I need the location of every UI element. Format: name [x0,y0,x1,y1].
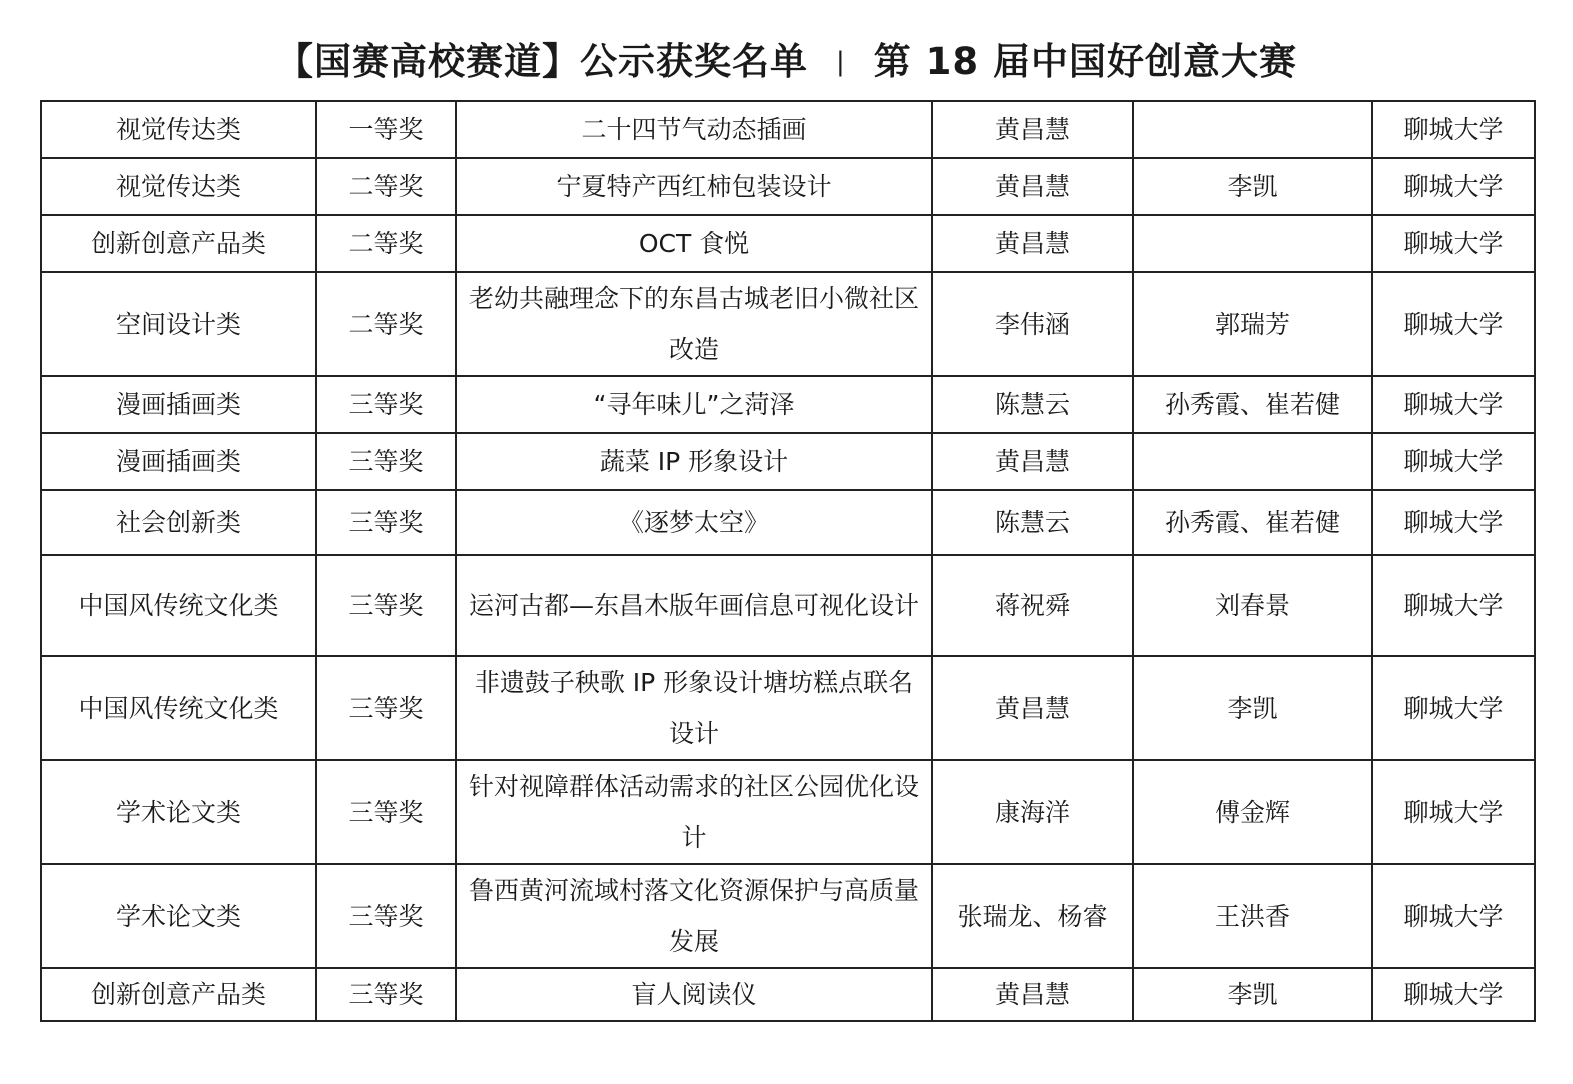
work-cell: OCT 食悦 [456,215,932,272]
award-cell: 三等奖 [316,490,456,555]
table-row: 漫画插画类 三等奖 “寻年味儿”之菏泽 陈慧云 孙秀霞、崔若健 聊城大学 [41,376,1535,433]
category-cell: 中国风传统文化类 [41,656,316,760]
school-cell: 聊城大学 [1372,272,1535,376]
school-cell: 聊城大学 [1372,490,1535,555]
school-cell: 聊城大学 [1372,968,1535,1021]
award-cell: 三等奖 [316,760,456,864]
advisor-cell: 李凯 [1133,656,1372,760]
table-row: 创新创意产品类 三等奖 盲人阅读仪 黄昌慧 李凯 聊城大学 [41,968,1535,1021]
work-cell: 鲁西黄河流域村落文化资源保护与高质量发展 [456,864,932,968]
advisor-cell: 傅金辉 [1133,760,1372,864]
school-cell: 聊城大学 [1372,656,1535,760]
award-cell: 三等奖 [316,656,456,760]
advisor-cell: 李凯 [1133,968,1372,1021]
author-cell: 李伟涵 [932,272,1133,376]
page-title: 【国赛高校赛道】公示获奖名单|第 18 届中国好创意大赛 [0,36,1573,88]
work-cell: 蔬菜 IP 形象设计 [456,433,932,490]
category-cell: 学术论文类 [41,864,316,968]
author-cell: 黄昌慧 [932,433,1133,490]
work-cell: 《逐梦太空》 [456,490,932,555]
work-cell: “寻年味儿”之菏泽 [456,376,932,433]
award-cell: 三等奖 [316,376,456,433]
category-cell: 漫画插画类 [41,433,316,490]
advisor-cell [1133,433,1372,490]
advisor-cell: 王洪香 [1133,864,1372,968]
table-row: 视觉传达类 二等奖 宁夏特产西红柿包装设计 黄昌慧 李凯 聊城大学 [41,158,1535,215]
school-cell: 聊城大学 [1372,101,1535,158]
school-cell: 聊城大学 [1372,864,1535,968]
advisor-cell: 李凯 [1133,158,1372,215]
work-cell: 非遗鼓子秧歌 IP 形象设计塘坊糕点联名设计 [456,656,932,760]
category-cell: 视觉传达类 [41,158,316,215]
work-cell: 二十四节气动态插画 [456,101,932,158]
advisor-cell [1133,101,1372,158]
author-cell: 黄昌慧 [932,656,1133,760]
advisor-cell: 孙秀霞、崔若健 [1133,490,1372,555]
table-row: 学术论文类 三等奖 针对视障群体活动需求的社区公园优化设计 康海洋 傅金辉 聊城… [41,760,1535,864]
award-cell: 二等奖 [316,215,456,272]
author-cell: 黄昌慧 [932,968,1133,1021]
category-cell: 创新创意产品类 [41,968,316,1021]
table-row: 空间设计类 二等奖 老幼共融理念下的东昌古城老旧小微社区改造 李伟涵 郭瑞芳 聊… [41,272,1535,376]
work-cell: 老幼共融理念下的东昌古城老旧小微社区改造 [456,272,932,376]
award-cell: 三等奖 [316,864,456,968]
author-cell: 蒋祝舜 [932,555,1133,656]
school-cell: 聊城大学 [1372,760,1535,864]
title-separator: | [836,36,846,88]
author-cell: 黄昌慧 [932,215,1133,272]
author-cell: 黄昌慧 [932,101,1133,158]
category-cell: 中国风传统文化类 [41,555,316,656]
school-cell: 聊城大学 [1372,555,1535,656]
school-cell: 聊城大学 [1372,215,1535,272]
award-cell: 二等奖 [316,158,456,215]
table-row: 社会创新类 三等奖 《逐梦太空》 陈慧云 孙秀霞、崔若健 聊城大学 [41,490,1535,555]
title-main: 【国赛高校赛道】公示获奖名单 [276,40,808,83]
table-row: 学术论文类 三等奖 鲁西黄河流域村落文化资源保护与高质量发展 张瑞龙、杨睿 王洪… [41,864,1535,968]
school-cell: 聊城大学 [1372,433,1535,490]
award-cell: 三等奖 [316,433,456,490]
author-cell: 黄昌慧 [932,158,1133,215]
table-row: 中国风传统文化类 三等奖 运河古都—东昌木版年画信息可视化设计 蒋祝舜 刘春景 … [41,555,1535,656]
award-cell: 三等奖 [316,555,456,656]
category-cell: 学术论文类 [41,760,316,864]
advisor-cell: 孙秀霞、崔若健 [1133,376,1372,433]
award-cell: 二等奖 [316,272,456,376]
work-cell: 针对视障群体活动需求的社区公园优化设计 [456,760,932,864]
advisor-cell: 郭瑞芳 [1133,272,1372,376]
category-cell: 空间设计类 [41,272,316,376]
table-row: 中国风传统文化类 三等奖 非遗鼓子秧歌 IP 形象设计塘坊糕点联名设计 黄昌慧 … [41,656,1535,760]
work-cell: 盲人阅读仪 [456,968,932,1021]
advisor-cell: 刘春景 [1133,555,1372,656]
category-cell: 创新创意产品类 [41,215,316,272]
school-cell: 聊城大学 [1372,158,1535,215]
school-cell: 聊城大学 [1372,376,1535,433]
author-cell: 张瑞龙、杨睿 [932,864,1133,968]
table-row: 视觉传达类 一等奖 二十四节气动态插画 黄昌慧 聊城大学 [41,101,1535,158]
award-list-table: 视觉传达类 一等奖 二十四节气动态插画 黄昌慧 聊城大学 视觉传达类 二等奖 宁… [40,100,1536,1022]
category-cell: 视觉传达类 [41,101,316,158]
work-cell: 运河古都—东昌木版年画信息可视化设计 [456,555,932,656]
author-cell: 康海洋 [932,760,1133,864]
table-row: 漫画插画类 三等奖 蔬菜 IP 形象设计 黄昌慧 聊城大学 [41,433,1535,490]
work-cell: 宁夏特产西红柿包装设计 [456,158,932,215]
award-cell: 一等奖 [316,101,456,158]
author-cell: 陈慧云 [932,376,1133,433]
award-cell: 三等奖 [316,968,456,1021]
author-cell: 陈慧云 [932,490,1133,555]
advisor-cell [1133,215,1372,272]
table-row: 创新创意产品类 二等奖 OCT 食悦 黄昌慧 聊城大学 [41,215,1535,272]
category-cell: 社会创新类 [41,490,316,555]
category-cell: 漫画插画类 [41,376,316,433]
title-competition: 第 18 届中国好创意大赛 [874,40,1297,83]
